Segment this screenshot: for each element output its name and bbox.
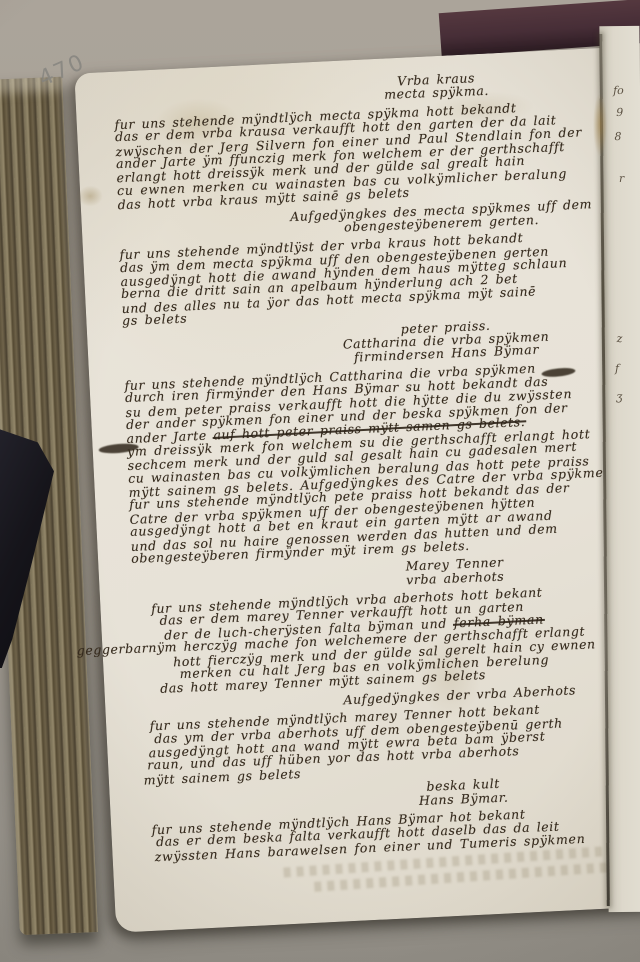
manuscript-text: Vrba krausmecta spÿkma.fur uns stehende …: [113, 66, 640, 868]
book-photo: 470 Vrba krausmecta spÿkma.fur uns stehe…: [0, 0, 640, 962]
ink-fragment: ʒ: [616, 390, 622, 403]
ink-fragment: r: [619, 172, 624, 185]
ink-fragment: 8: [614, 130, 621, 143]
manuscript-section: fur uns stehende mÿndtlÿch vrba aberhots…: [133, 583, 638, 696]
manuscript-section: fur uns stehende mÿndtlÿst der vrba krau…: [119, 228, 624, 328]
ink-fragment: z: [617, 332, 623, 345]
ink-fragment: 9: [616, 106, 623, 119]
page: 470 Vrba krausmecta spÿkma.fur uns stehe…: [74, 47, 640, 932]
manuscript-section: fur uns stehende mÿndtlÿch Cattharina di…: [124, 359, 633, 566]
gutter-stain: [590, 80, 610, 170]
manuscript-section: fur uns stehende mÿndtlÿch mecta spÿkma …: [114, 98, 619, 211]
ink-fragment: fo: [613, 84, 624, 97]
ink-fragment: f: [615, 362, 619, 375]
